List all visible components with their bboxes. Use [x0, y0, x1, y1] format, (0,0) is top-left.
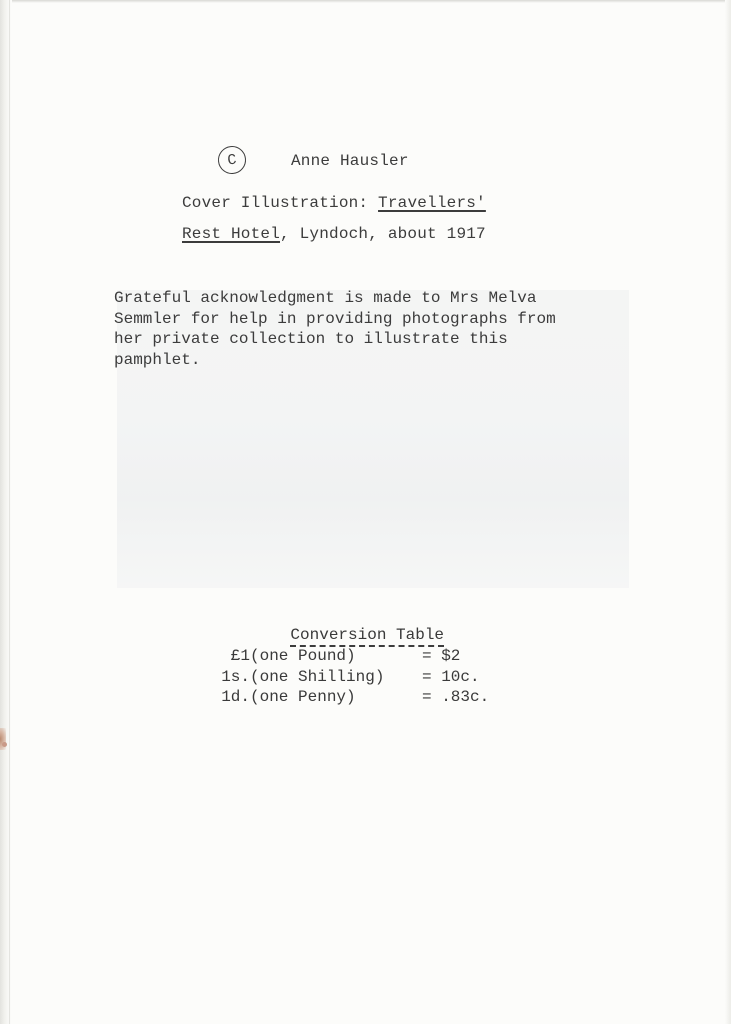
acknowledgment-paragraph: Grateful acknowledgment is made to Mrs M…: [114, 288, 556, 370]
cover-illustration-line-1: Cover Illustration: Travellers': [182, 193, 486, 213]
page-fold-line: [9, 0, 10, 1024]
table-row: £1 (one Pound) = $2: [204, 646, 489, 667]
description-cell: (one Shilling): [250, 667, 422, 688]
acknowledgment-line: her private collection to illustrate thi…: [114, 329, 556, 350]
document-page: C Anne Hausler Cover Illustration: Trave…: [0, 0, 731, 1024]
acknowledgment-line: Semmler for help in providing photograph…: [114, 309, 556, 330]
acknowledgment-line: pamphlet.: [114, 350, 556, 371]
page-left-edge: [0, 0, 12, 1024]
value-cell: = 10c.: [422, 667, 489, 688]
description-cell: (one Penny): [250, 687, 422, 708]
binding-stain-dot: [2, 742, 7, 747]
description-cell: (one Pound): [250, 646, 422, 667]
page-right-edge: [725, 0, 731, 1024]
value-cell: = .83c.: [422, 687, 489, 708]
table-row: 1s. (one Shilling) = 10c.: [204, 667, 489, 688]
cover-illustration-line-2: Rest Hotel, Lyndoch, about 1917: [182, 224, 486, 244]
cover-title-part-1: Travellers': [378, 194, 486, 212]
page-top-edge: [0, 0, 731, 3]
cover-illustration-label: Cover Illustration:: [182, 194, 368, 212]
copyright-icon: C: [217, 145, 248, 176]
value-cell: = $2: [422, 646, 489, 667]
cover-title-part-2: Rest Hotel: [182, 225, 280, 243]
table-row: 1d. (one Penny) = .83c.: [204, 687, 489, 708]
acknowledgment-line: Grateful acknowledgment is made to Mrs M…: [114, 288, 556, 309]
copyright-symbol: C: [227, 151, 238, 169]
unit-cell: 1d.: [204, 687, 250, 708]
conversion-table-title-text: Conversion Table: [290, 626, 444, 647]
unit-cell: 1s.: [204, 667, 250, 688]
conversion-table: £1 (one Pound) = $2 1s. (one Shilling) =…: [204, 646, 489, 708]
unit-cell: £1: [204, 646, 250, 667]
cover-illustration-rest: , Lyndoch, about 1917: [280, 225, 486, 243]
author-name: Anne Hausler: [291, 151, 409, 171]
